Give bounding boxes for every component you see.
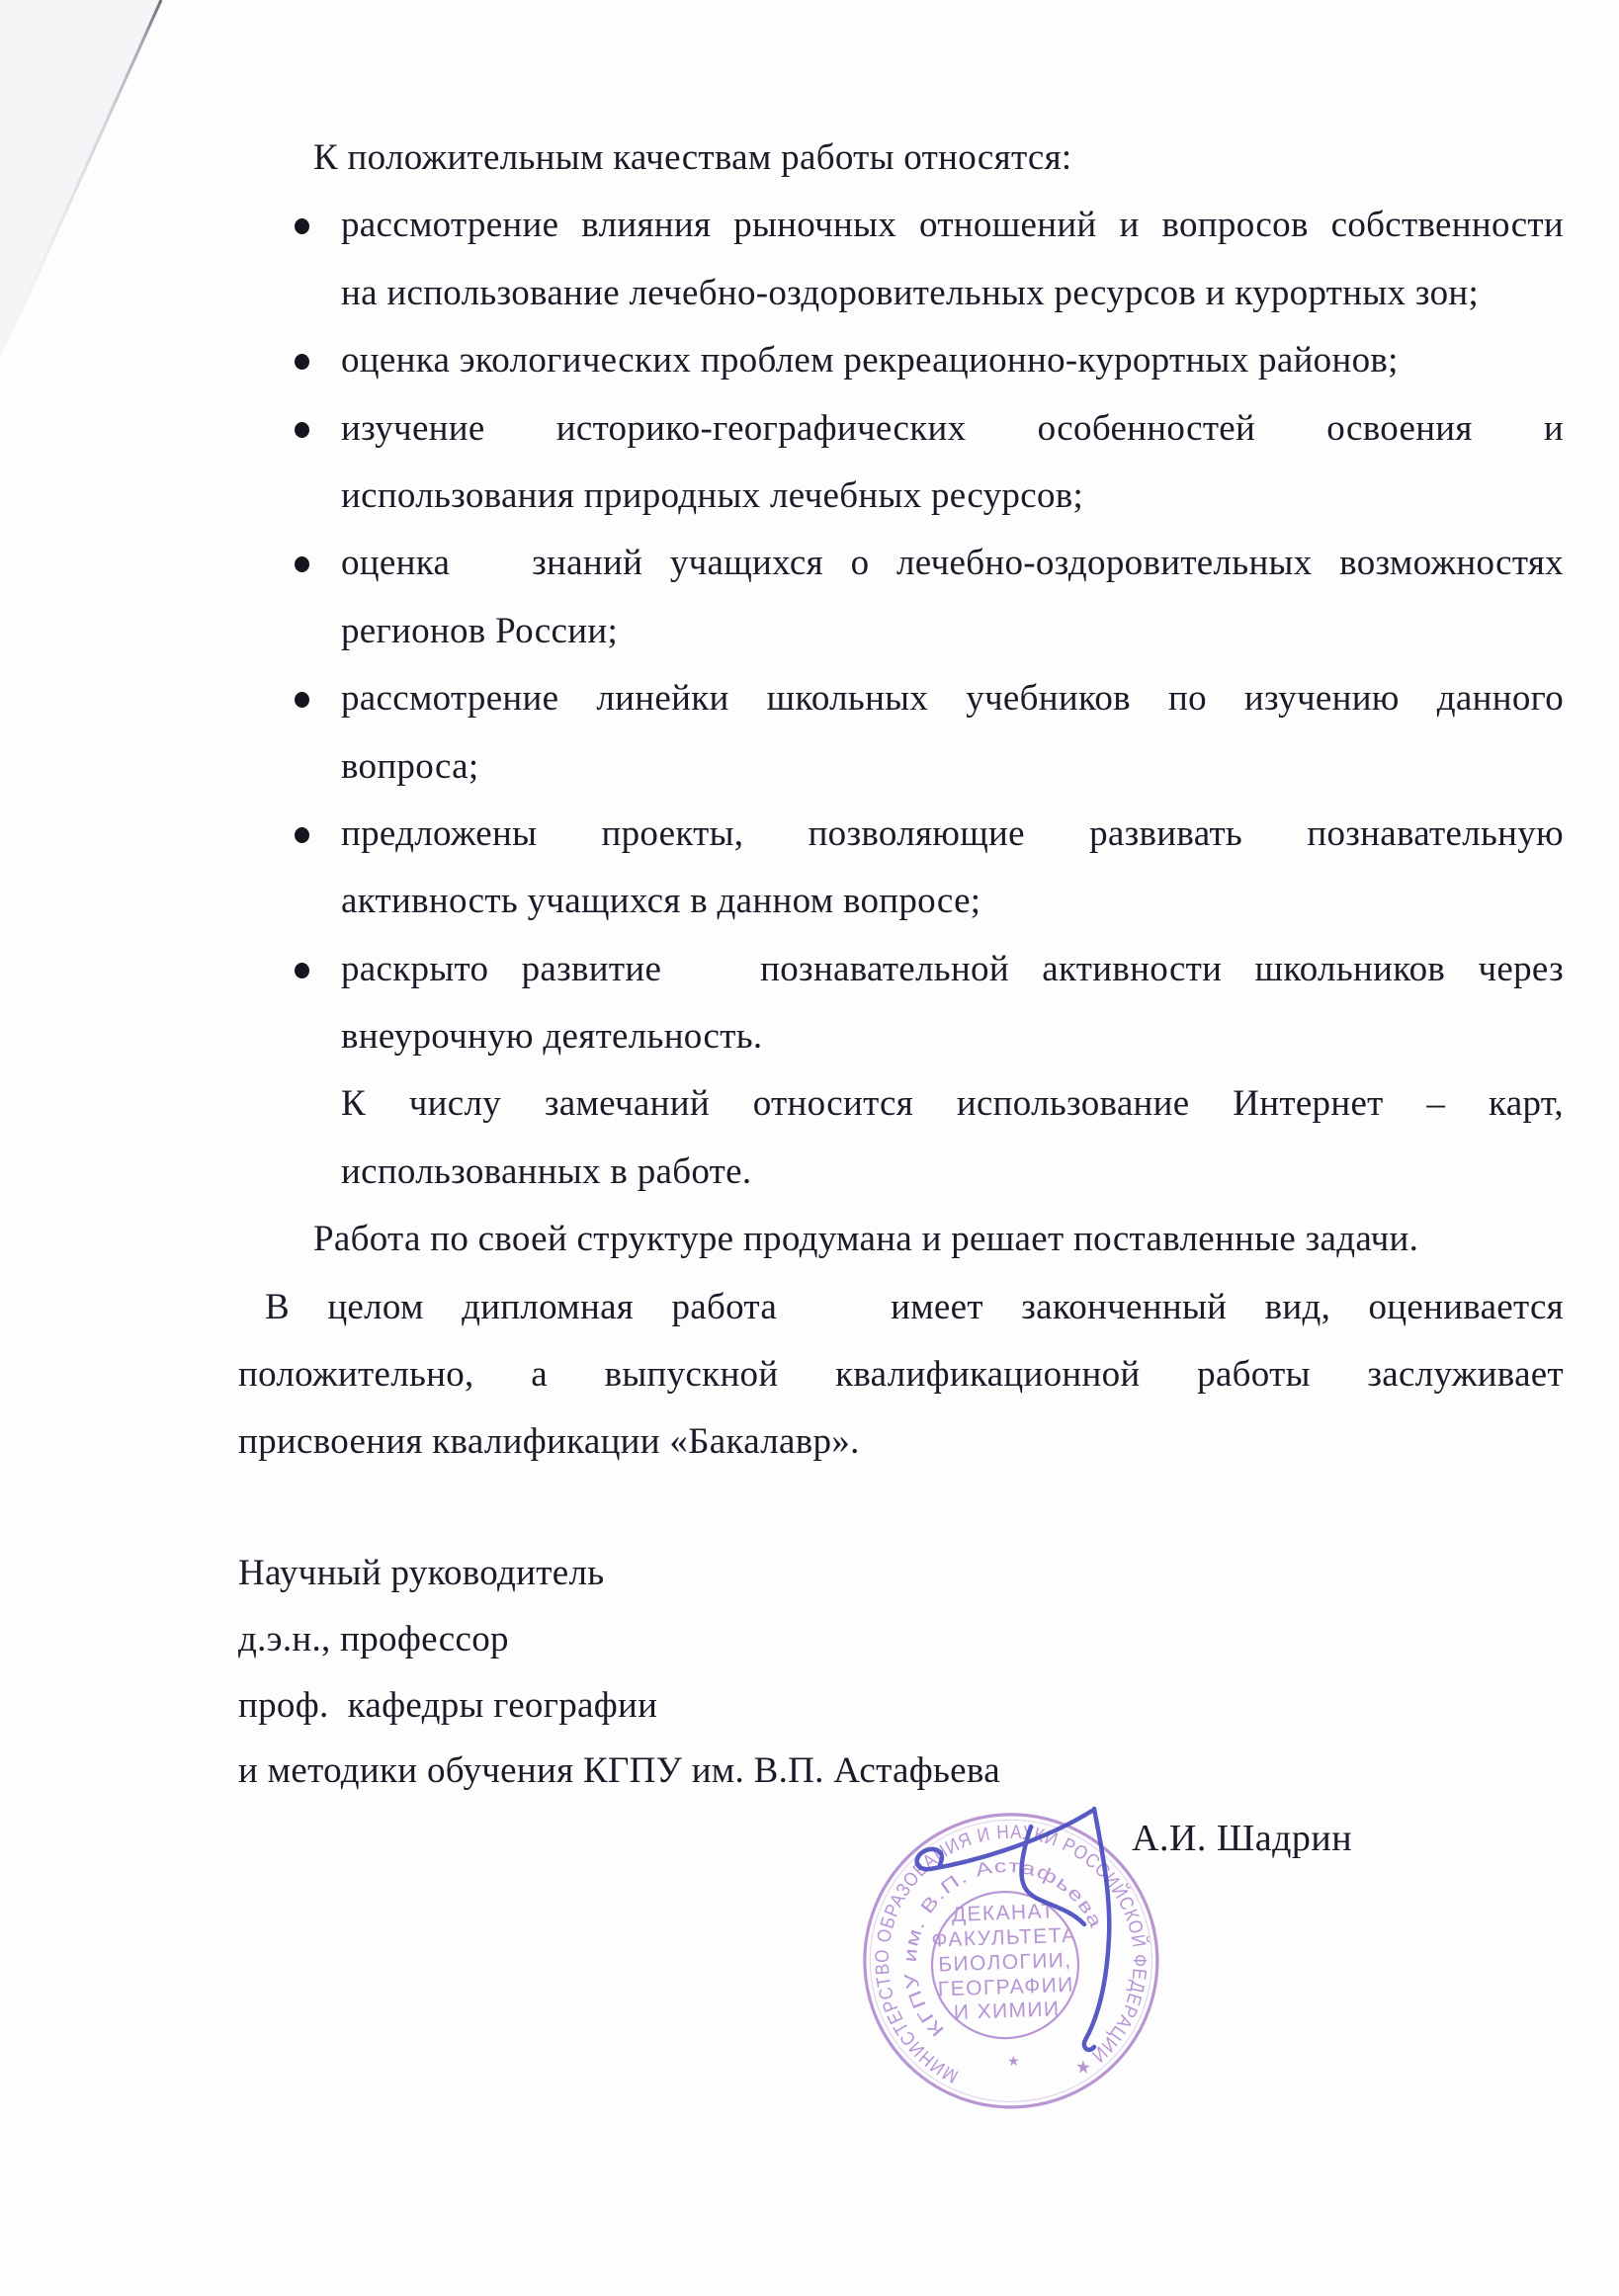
bullet-item: предложены проекты, позволяющие развиват…	[238, 801, 1564, 936]
signature-stroke-cross	[1021, 1827, 1084, 1924]
bullet-item: раскрыто развитие познавательной активно…	[238, 936, 1564, 1071]
bullet-item: изучение историко-географических особенн…	[238, 395, 1564, 531]
stamp-center-line: И ХИМИИ	[953, 1998, 1060, 2024]
bullet-item: оценка знаний учащихся о лечебно-оздоров…	[238, 530, 1564, 665]
stamp-outer-circle	[860, 1810, 1162, 2112]
signature-university-line: и методики обучения КГПУ им. В.П. Астафь…	[238, 1739, 1227, 1805]
stamp-imprint: МИНИСТЕРСТВО ОБРАЗОВАНИЯ И НАУКИ РОССИЙС…	[860, 1810, 1162, 2112]
signature-ink	[917, 1809, 1110, 2050]
fold-shadow-triangle	[0, 0, 161, 358]
signer-name: А.И. Шадрин	[1132, 1805, 1547, 1872]
signature-stroke-diagonal	[917, 1811, 1092, 1869]
bullet-icon	[295, 556, 309, 572]
bullet-icon	[295, 692, 309, 708]
bullet-line: на использование лечебно-оздоровительных…	[341, 260, 1564, 327]
bullet-line: использования природных лечебных ресурсо…	[341, 463, 1564, 530]
bullet-line: рассмотрение влияния рыночных отношений …	[341, 192, 1564, 259]
bullet-item: рассмотрение влияния рыночных отношений …	[238, 192, 1564, 327]
conclusion-line: положительно, а выпускной квалификационн…	[238, 1341, 1564, 1408]
stamp-center-line: ГЕОГРАФИИ	[938, 1974, 1074, 2001]
bullet-line: регионов России;	[341, 598, 1564, 665]
bullet-line: внеурочную деятельность.	[341, 1003, 1564, 1070]
page-fold-artifact	[0, 0, 257, 415]
bullet-icon	[295, 963, 309, 978]
bullet-line: оценка экологических проблем рекреационн…	[341, 327, 1564, 394]
conclusion-paragraph: В целом дипломная работа имеет законченн…	[238, 1274, 1564, 1477]
signature-block: Научный руководитель д.э.н., профессор п…	[238, 1541, 1227, 1805]
stamp-outer-circle-inner-line	[865, 1816, 1156, 2107]
bullet-line: предложены проекты, позволяющие развиват…	[341, 801, 1564, 868]
signature-stroke-sweep	[1084, 1809, 1109, 2050]
intro-paragraph: К положительным качествам работы относят…	[238, 125, 1564, 192]
stamp-outer-ring-text: МИНИСТЕРСТВО ОБРАЗОВАНИЯ И НАУКИ РОССИЙС…	[867, 1817, 1156, 2089]
bullet-line: активность учащихся в данном вопросе;	[341, 868, 1564, 935]
stamp-center-text: ДЕКАНАТ ФАКУЛЬТЕТА БИОЛОГИИ, ГЕОГРАФИИ И…	[930, 1900, 1079, 2025]
conclusion-line: присвоения квалификации «Бакалавр».	[238, 1408, 1564, 1476]
bullet-line: изучение историко-географических особенн…	[341, 395, 1564, 463]
bullet-line: рассмотрение линейки школьных учебников …	[341, 665, 1564, 732]
bullet-line: вопроса;	[341, 733, 1564, 801]
conclusion-line: В целом дипломная работа имеет законченн…	[238, 1274, 1564, 1341]
bullet-icon	[295, 218, 309, 234]
structure-note-paragraph: Работа по своей структуре продумана и ре…	[238, 1206, 1564, 1273]
fold-edge-line	[0, 0, 161, 358]
bullet-item: оценка экологических проблем рекреационн…	[238, 327, 1564, 394]
bullet-item: рассмотрение линейки школьных учебников …	[238, 665, 1564, 801]
stamp-star-icon: ★	[1007, 2053, 1020, 2069]
bullet-line: оценка знаний учащихся о лечебно-оздоров…	[341, 530, 1564, 597]
remark-line: К числу замечаний относится использовани…	[341, 1070, 1564, 1138]
stamp-center-line: ФАКУЛЬТЕТА	[931, 1924, 1077, 1952]
signature-position-line: проф. кафедры географии	[238, 1673, 1227, 1740]
bullet-icon	[295, 827, 309, 843]
bullet-icon	[295, 422, 309, 438]
stamp-center-line: БИОЛОГИИ,	[938, 1949, 1072, 1977]
stamp-inner-ring-text: КГПУ им. В.П. Астафьева	[895, 1851, 1111, 2042]
bullet-icon	[295, 354, 309, 370]
remark-line: использованных в работе.	[341, 1139, 1564, 1206]
bullet-line: раскрыто развитие познавательной активно…	[341, 936, 1564, 1003]
signature-role-line: Научный руководитель	[238, 1541, 1227, 1607]
stamp-inner-circle	[929, 1890, 1080, 2041]
remark-paragraph: К числу замечаний относится использовани…	[341, 1070, 1564, 1206]
document-body: К положительным качествам работы относят…	[238, 125, 1564, 1477]
stamp-center-line: ДЕКАНАТ	[951, 1900, 1055, 1926]
scanned-document-page: К положительным качествам работы относят…	[0, 0, 1619, 2296]
signature-degree-line: д.э.н., профессор	[238, 1607, 1227, 1673]
